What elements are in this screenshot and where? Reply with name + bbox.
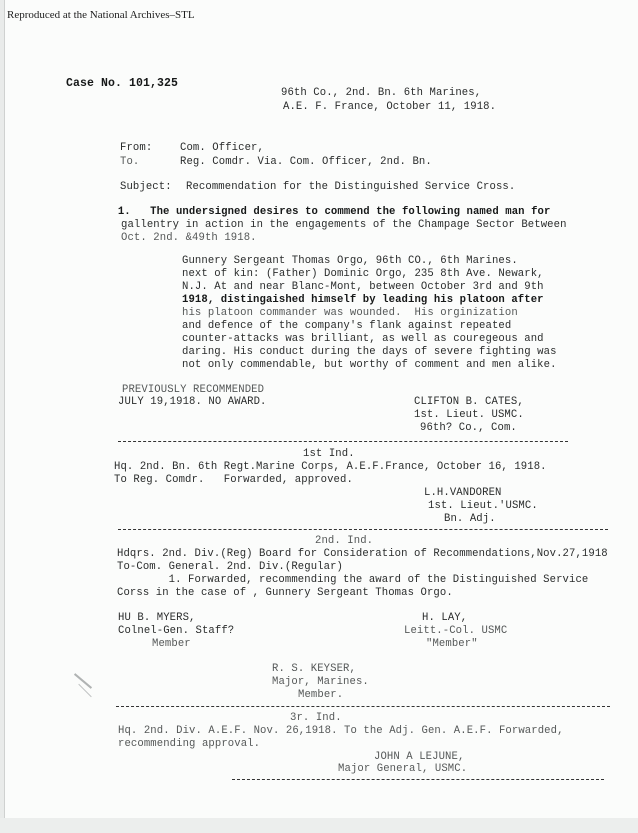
divider-dashed xyxy=(232,779,604,780)
indorsement-2-line-2: To-Com. General. 2nd. Div.(Regular) xyxy=(117,561,343,574)
paragraph-1-line-3: Oct. 2nd. &49th 1918. xyxy=(121,232,257,245)
indorsement-2-line-3: 1. Forwarded, recommending the award of … xyxy=(117,574,588,587)
member-2-title: Leitt.-Col. USMC xyxy=(404,625,507,638)
citation-line: daring. His conduct during the days of s… xyxy=(182,346,557,359)
archive-stamp: Reproduced at the National Archives–STL xyxy=(7,9,195,21)
indorsement-2-heading: 2nd. Ind. xyxy=(315,535,373,548)
indorsement-1-signature-role: Bn. Adj. xyxy=(444,513,496,526)
citation-line: his platoon commander was wounded. His o… xyxy=(182,307,518,320)
member-1-title: Colnel-Gen. Staff? xyxy=(118,625,234,638)
previous-recommendation-line-2: JULY 19,1918. NO AWARD. xyxy=(118,396,267,409)
member-1-name: HU B. MYERS, xyxy=(118,612,196,625)
citation-line: counter-attacks was brilliant, as well a… xyxy=(182,333,544,346)
signature-1-unit: 96th? Co., Com. xyxy=(420,422,517,435)
indorsement-1-signature-rank: 1st. Lieut.'USMC. xyxy=(428,500,538,513)
member-2-name: H. LAY, xyxy=(422,612,467,625)
citation-line: not only commendable, but worthy of comm… xyxy=(182,359,557,372)
member-2-role: "Member" xyxy=(426,638,478,651)
signature-1-rank: 1st. Lieut. USMC. xyxy=(414,409,524,422)
origin-line-1: 96th Co., 2nd. Bn. 6th Marines, xyxy=(281,87,481,100)
divider-dashed xyxy=(116,706,610,707)
indorsement-1-line-2: To Reg. Comdr. Forwarded, approved. xyxy=(114,474,353,487)
divider-dashed xyxy=(118,529,608,530)
indorsement-3-signature-rank: Major General, USMC. xyxy=(338,763,467,776)
signature-1-name: CLIFTON B. CATES, xyxy=(414,396,524,409)
member-1-role: Member xyxy=(152,638,191,651)
indorsement-2-line-4: Corss in the case of , Gunnery Sergeant … xyxy=(117,587,453,600)
citation-line: N.J. At and near Blanc-Mont, between Oct… xyxy=(182,281,544,294)
member-3-title: Major, Marines. xyxy=(272,676,369,689)
indorsement-1-heading: 1st Ind. xyxy=(303,448,355,461)
citation-line: and defence of the company's flank again… xyxy=(182,320,511,333)
origin-line-2: A.E. F. France, October 11, 1918. xyxy=(283,101,496,114)
subject-value: Recommendation for the Distinguished Ser… xyxy=(186,181,515,194)
indorsement-1-line-1: Hq. 2nd. Bn. 6th Regt.Marine Corps, A.E.… xyxy=(114,461,547,474)
divider-dashed xyxy=(118,441,568,442)
member-3-name: R. S. KEYSER, xyxy=(272,663,356,676)
paragraph-1-line-1: 1. The undersigned desires to commend th… xyxy=(92,206,550,219)
subject-label: Subject: xyxy=(120,181,172,194)
indorsement-3-line-2: recommending approval. xyxy=(118,738,260,751)
from-label: From: xyxy=(120,142,152,155)
member-3-role: Member. xyxy=(298,689,343,702)
indorsement-2-line-1: Hdqrs. 2nd. Div.(Reg) Board for Consider… xyxy=(117,548,608,561)
scan-bottom-margin xyxy=(0,818,638,833)
paragraph-1-line-2: gallentry in action in the engagements o… xyxy=(121,219,567,232)
from-value: Com. Officer, xyxy=(180,142,264,155)
citation-line: 1918, distingaished himself by leading h… xyxy=(182,294,544,307)
indorsement-3-line-1: Hq. 2nd. Div. A.E.F. Nov. 26,1918. To th… xyxy=(118,725,564,738)
indorsement-1-signature-name: L.H.VANDOREN xyxy=(424,487,502,500)
to-value: Reg. Comdr. Via. Com. Officer, 2nd. Bn. xyxy=(180,156,432,169)
to-label: To. xyxy=(120,156,139,169)
citation-line: next of kin: (Father) Dominic Orgo, 235 … xyxy=(182,268,544,281)
indorsement-3-heading: 3r. Ind. xyxy=(290,712,342,725)
case-number: Case No. 101,325 xyxy=(66,77,178,90)
citation-line: Gunnery Sergeant Thomas Orgo, 96th CO., … xyxy=(182,255,518,268)
